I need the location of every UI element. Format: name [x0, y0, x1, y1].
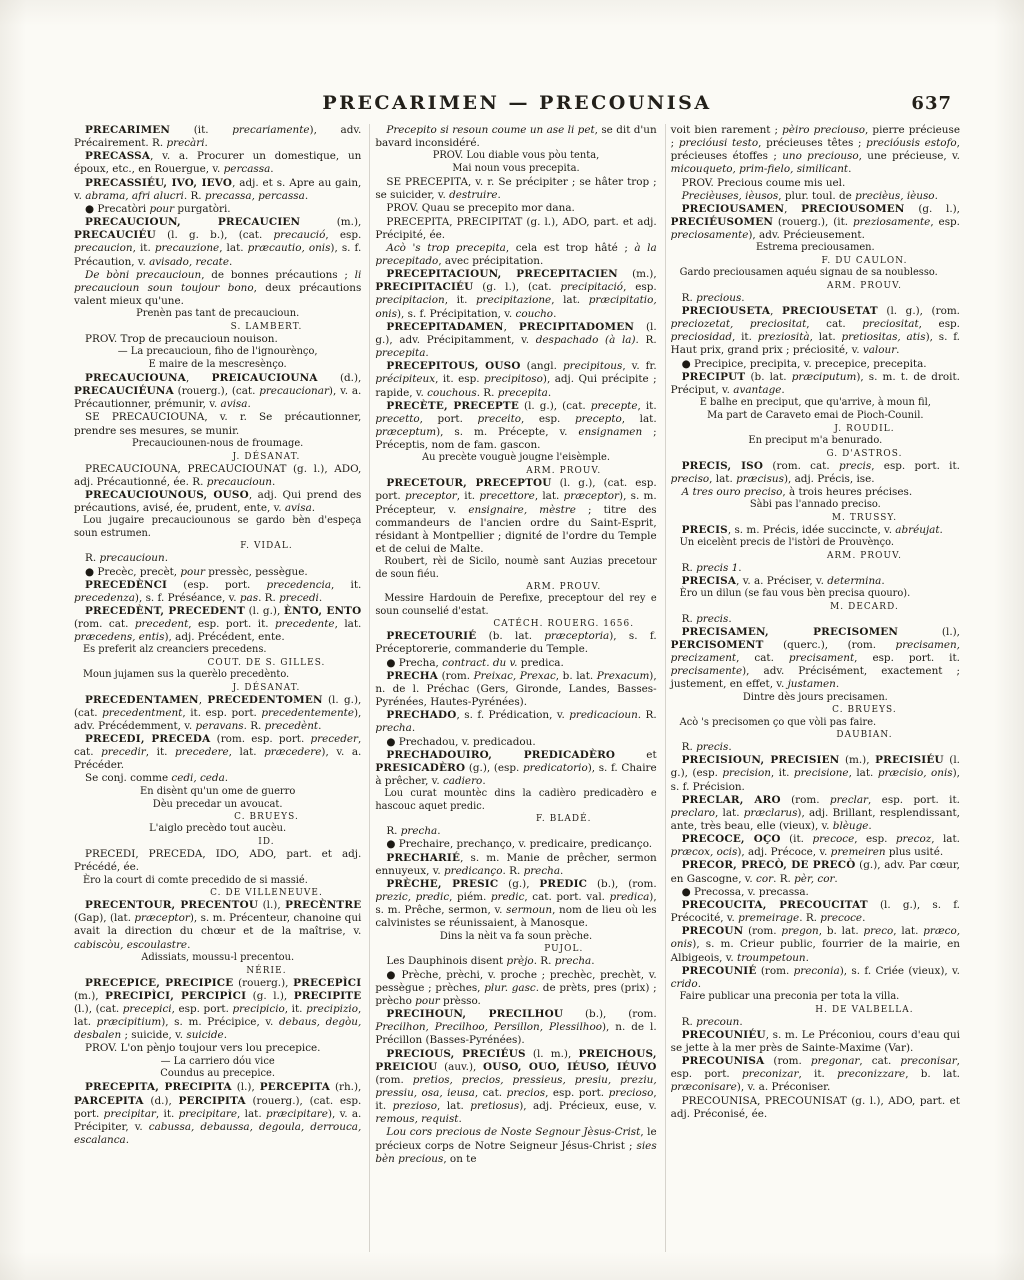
quote-line: Au precète vouguè jougne l'eisèmple. [375, 452, 656, 465]
dictionary-entry: PRECIS, ISO (rom. cat. precis, esp. port… [671, 460, 960, 486]
dictionary-entry: PRECEPITA, PRECIPITAT (g. l.), ADO, part… [375, 216, 656, 242]
quote-attribution: F. BLADÉ. [375, 813, 656, 825]
dictionary-entry: PRECOUCITA, PRECOUCITAT (l. g.), s. f. P… [671, 899, 960, 925]
quote-line: Sàbi pas l'annado preciso. [671, 499, 960, 512]
quote-line: Coundus au precepice. [74, 1068, 361, 1081]
dictionary-entry: PRECOUNISA (rom. pregonar, cat. preconis… [671, 1055, 960, 1094]
text-columns: PRECARIMEN (it. precariamente), adv. Pré… [74, 124, 960, 1252]
dictionary-entry: Acò 's trop precepita, cela est trop hât… [375, 242, 656, 268]
dictionary-entry: R. precious. [671, 292, 960, 305]
dictionary-entry: R. precoun. [671, 1016, 960, 1029]
dictionary-entry: PROV. L'on pènjo toujour vers lou precep… [74, 1042, 361, 1055]
dictionary-entry: PRECOUNIÉ (rom. preconia), s. f. Criée (… [671, 965, 960, 991]
dictionary-entry: SE PRECEPITA, v. r. Se précipiter ; se h… [375, 176, 656, 202]
dictionary-entry: PRECAUCIOUNA, PREICAUCIOUNA (d.), PRECAU… [74, 372, 361, 411]
dictionary-entry: PRÈCHE, PRESIC (g.), PREDIC (b.), (rom. … [375, 878, 656, 931]
quote-attribution: COUT. DE S. GILLES. [74, 657, 361, 669]
dictionary-entry: A tres ouro preciso, à trois heures préc… [671, 486, 960, 499]
dictionary-entry: R. precha. [375, 825, 656, 838]
column-3: voit bien rarement ; pèiro preciouso, pi… [665, 124, 960, 1252]
quote-attribution: M. DECARD. [671, 601, 960, 613]
dictionary-entry: PRECISA, v. a. Préciser, v. determina. [671, 575, 960, 588]
dictionary-entry: ● Precossa, v. precassa. [671, 886, 960, 899]
dictionary-entry: PRECISIOUN, PRECISIEN (m.), PRECISIÉU (l… [671, 754, 960, 793]
running-head: PRECARIMEN — PRECOUNISA 637 [74, 92, 960, 118]
quote-line: PROV. Lou diable vous pòu tenta, [375, 150, 656, 163]
quote-line: Dintre dès jours precisamen. [671, 692, 960, 705]
page-number: 637 [911, 93, 952, 114]
dictionary-entry: PRECIPUT (b. lat. præciputum), s. m. t. … [671, 371, 960, 397]
quote-attribution: G. D'ASTROS. [671, 448, 960, 460]
dictionary-entry: PRECAUCIOUN, PRECAUCIEN (m.), PRECAUCIÉU… [74, 216, 361, 269]
example-line: Un eicelènt precis de l'istòri de Prouvè… [671, 537, 960, 550]
quote-line: Dèu precedar un avoucat. [74, 799, 361, 812]
dictionary-entry: PRECHADOUIRO, PREDICADÈRO et PRESICADÈRO… [375, 749, 656, 788]
example-line: Gardo preciousamen aquéu signau de sa no… [671, 267, 960, 280]
dictionary-entry: PRECOUNIÉU, s. m. Le Préconiou, cours d'… [671, 1029, 960, 1055]
example-line: Messire Hardouin de Perefixe, preceptour… [375, 593, 656, 618]
quote-line: Adissiats, moussu-l precentou. [74, 952, 361, 965]
quote-line: L'aiglo precèdo tout aucèu. [74, 823, 361, 836]
dictionary-entry: R. precaucioun. [74, 552, 361, 565]
dictionary-entry: PRECHA (rom. Preixac, Prexac, b. lat. Pr… [375, 670, 656, 709]
dictionary-entry: PRECEPITA, PRECIPITA (l.), PERCEPITA (rh… [74, 1081, 361, 1147]
dictionary-entry: PRECOUN (rom. pregon, b. lat. preco, lat… [671, 925, 960, 964]
example-line: Roubert, rèi de Sicilo, noumè sant Auzia… [375, 556, 656, 581]
quote-attribution: DAUBIAN. [671, 729, 960, 741]
quote-attribution: F. DU CAULON. [671, 255, 960, 267]
dictionary-entry: PRECIOUSAMEN, PRECIOUSOMEN (g. l.), PREC… [671, 203, 960, 242]
column-2: Precepito si resoun coume un ase li pet,… [369, 124, 664, 1252]
dictionary-page: PRECARIMEN — PRECOUNISA 637 PRECARIMEN (… [0, 0, 1024, 1280]
quote-line: E maire de la mescresènço. [74, 359, 361, 372]
dictionary-entry: PROV. Precious coume mis uel. [671, 177, 960, 190]
quote-attribution: ARM. PROUV. [671, 550, 960, 562]
dictionary-entry: PRECIOUS, PRECIÉUS (l. m.), PREICHOUS, P… [375, 1048, 656, 1127]
quote-line: Prenèn pas tant de precaucioun. [74, 308, 361, 321]
dictionary-entry: PROV. Quau se precepito mor dana. [375, 202, 656, 215]
quote-line: En disènt qu'un ome de guerro [74, 786, 361, 799]
quote-line: — La precaucioun, fiho de l'ignourènço, [74, 346, 361, 359]
quote-attribution: PUJOL. [375, 943, 656, 955]
dictionary-entry: ● Precha, contract. du v. predica. [375, 657, 656, 670]
quote-line: En preciput m'a benurado. [671, 435, 960, 448]
dictionary-entry: PROV. Trop de precaucioun nouison. [74, 333, 361, 346]
quote-attribution: ARM. PROUV. [671, 280, 960, 292]
example-line: Lou jugaire precauciounous se gardo bèn … [74, 515, 361, 540]
entry-continuation: voit bien rarement ; pèiro preciouso, pi… [671, 124, 960, 177]
dictionary-entry: R. precis. [671, 741, 960, 754]
quote-attribution: F. VIDAL. [74, 540, 361, 552]
dictionary-entry: PRECETOURIÉ (b. lat. præceptoria), s. f.… [375, 630, 656, 656]
dictionary-entry: Precepito si resoun coume un ase li pet,… [375, 124, 656, 150]
dictionary-entry: ● Prechaire, prechanço, v. predicaire, p… [375, 838, 656, 851]
example-line: Lou curat mountèc dins la cadièro predic… [375, 788, 656, 813]
dictionary-entry: Precièuses, ièusos, plur. toul. de preci… [671, 190, 960, 203]
dictionary-entry: PRECHARIÉ, s. m. Manie de prêcher, sermo… [375, 852, 656, 878]
dictionary-entry: PRECOCE, OÇO (it. precoce, esp. precoz, … [671, 833, 960, 859]
dictionary-entry: R. precis 1. [671, 562, 960, 575]
example-line: Moun jujamen sus la querèlo precedènto. [74, 669, 361, 682]
dictionary-entry: PRECIOUSETA, PRECIOUSETAT (l. g.), (rom.… [671, 305, 960, 358]
example-line: Èro la court di comte precedido de si ma… [74, 875, 361, 888]
dictionary-entry: PRECEPICE, PRECIPICE (rouerg.), PRECEPÌC… [74, 977, 361, 1043]
dictionary-entry: PRECAUCIOUNOUS, OUSO, adj. Qui prend des… [74, 489, 361, 515]
quote-attribution: ID. [74, 836, 361, 848]
quote-attribution: C. DE VILLENEUVE. [74, 887, 361, 899]
dictionary-entry: Les Dauphinois disent prèjo. R. precha. [375, 955, 656, 968]
dictionary-entry: PRECÈTE, PRECEPTE (l. g.), (cat. precept… [375, 400, 656, 453]
quote-line: E balhe en preciput, que qu'arrive, à mo… [671, 397, 960, 410]
dictionary-entry: PRECEPITACIOUN, PRECEPITACIEN (m.), PREC… [375, 268, 656, 321]
dictionary-entry: PRECIS, s. m. Précis, idée succincte, v.… [671, 524, 960, 537]
dictionary-entry: PRECISAMEN, PRECISOMEN (l.), PERCISOMENT… [671, 626, 960, 692]
quote-attribution: M. TRUSSY. [671, 512, 960, 524]
dictionary-entry: PRECEDI, PRECEDA, IDO, ADO, part. et adj… [74, 848, 361, 874]
dictionary-entry: SE PRECAUCIOUNA, v. r. Se précautionner,… [74, 411, 361, 437]
quote-attribution: J. ROUDIL. [671, 423, 960, 435]
quote-attribution: ARM. PROUV. [375, 465, 656, 477]
quote-attribution: NÉRIE. [74, 965, 361, 977]
dictionary-entry: PRECEDENTAMEN, PRECEDENTOMEN (l. g.), (c… [74, 694, 361, 733]
quote-attribution: C. BRUEYS. [74, 811, 361, 823]
quote-attribution: C. BRUEYS. [671, 704, 960, 716]
example-line: Èro un dilun (se fau vous bèn precisa qu… [671, 588, 960, 601]
dictionary-entry: ● Prechadou, v. predicadou. [375, 736, 656, 749]
dictionary-entry: Se conj. comme cedi, ceda. [74, 772, 361, 785]
quote-attribution: J. DÉSANAT. [74, 451, 361, 463]
example-line: Acò 's precisomen ço que vòli pas faire. [671, 717, 960, 730]
quote-attribution: ARM. PROUV. [375, 581, 656, 593]
dictionary-entry: PRECARIMEN (it. precariamente), adv. Pré… [74, 124, 361, 150]
quote-line: Dins la nèit va fa soun prèche. [375, 931, 656, 944]
page-title: PRECARIMEN — PRECOUNISA [74, 92, 960, 114]
dictionary-entry: De bòni precaucioun, de bonnes précautio… [74, 269, 361, 308]
dictionary-entry: PRECEPITADAMEN, PRECIPITADOMEN (l. g.), … [375, 321, 656, 360]
example-line: Es preferit alz creanciers precedens. [74, 644, 361, 657]
dictionary-entry: PRECASSA, v. a. Procurer un domestique, … [74, 150, 361, 176]
dictionary-entry: PRECEDI, PRECEDA (rom. esp. port. preced… [74, 733, 361, 772]
dictionary-entry: ● Precatòri pour purgatòri. [74, 203, 361, 216]
example-line: Faire publicar una preconia per tota la … [671, 991, 960, 1004]
dictionary-entry: PRECEDÈNCI (esp. port. precedencia, it. … [74, 579, 361, 605]
quote-line: Estrema preciousamen. [671, 242, 960, 255]
dictionary-entry: PRECENTOUR, PRECENTOU (l.), PRECÈNTRE (G… [74, 899, 361, 952]
quote-attribution: CATÉCH. ROUERG. 1656. [375, 618, 656, 630]
quote-attribution: J. DÉSANAT. [74, 682, 361, 694]
dictionary-entry: ● Precèc, precèt, pour pressèc, pessègue… [74, 566, 361, 579]
quote-attribution: H. DE VALBELLA. [671, 1004, 960, 1016]
quote-line: Mai noun vous precepita. [375, 163, 656, 176]
quote-line: Ma part de Caraveto emai de Pioch-Counil… [671, 410, 960, 423]
dictionary-entry: PRECASSIÉU, IVO, IEVO, adj. et s. Apre a… [74, 177, 361, 203]
dictionary-entry: ● Prèche, prèchi, v. proche ; prechèc, p… [375, 969, 656, 1008]
dictionary-entry: PRECOUNISA, PRECOUNISAT (g. l.), ADO, pa… [671, 1095, 960, 1121]
quote-line: — La carriero dóu vice [74, 1056, 361, 1069]
quote-line: Precauciounen-nous de froumage. [74, 438, 361, 451]
dictionary-entry: PRECIHOUN, PRECILHOU (b.), (rom. Precilh… [375, 1008, 656, 1047]
dictionary-entry: PRECLAR, ARO (rom. preclar, esp. port. i… [671, 794, 960, 833]
dictionary-entry: PRECEDÈNT, PRECEDENT (l. g.), ÈNTO, ENTO… [74, 605, 361, 644]
dictionary-entry: PRECETOUR, PRECEPTOU (l. g.), (cat. esp.… [375, 477, 656, 556]
dictionary-entry: Lou cors precious de Noste Segnour Jèsus… [375, 1126, 656, 1165]
column-1: PRECARIMEN (it. precariamente), adv. Pré… [74, 124, 369, 1252]
dictionary-entry: ● Precipice, precipita, v. precepice, pr… [671, 358, 960, 371]
dictionary-entry: PRECAUCIOUNA, PRECAUCIOUNAT (g. l.), ADO… [74, 463, 361, 489]
dictionary-entry: PRECOR, PRECÒ, DE PRECÒ (g.), adv. Par c… [671, 859, 960, 885]
dictionary-entry: PRECHADO, s. f. Prédication, v. predicac… [375, 709, 656, 735]
quote-attribution: S. LAMBERT. [74, 321, 361, 333]
dictionary-entry: PRECEPITOUS, OUSO (angl. precipitous, v.… [375, 360, 656, 399]
dictionary-entry: R. precis. [671, 613, 960, 626]
